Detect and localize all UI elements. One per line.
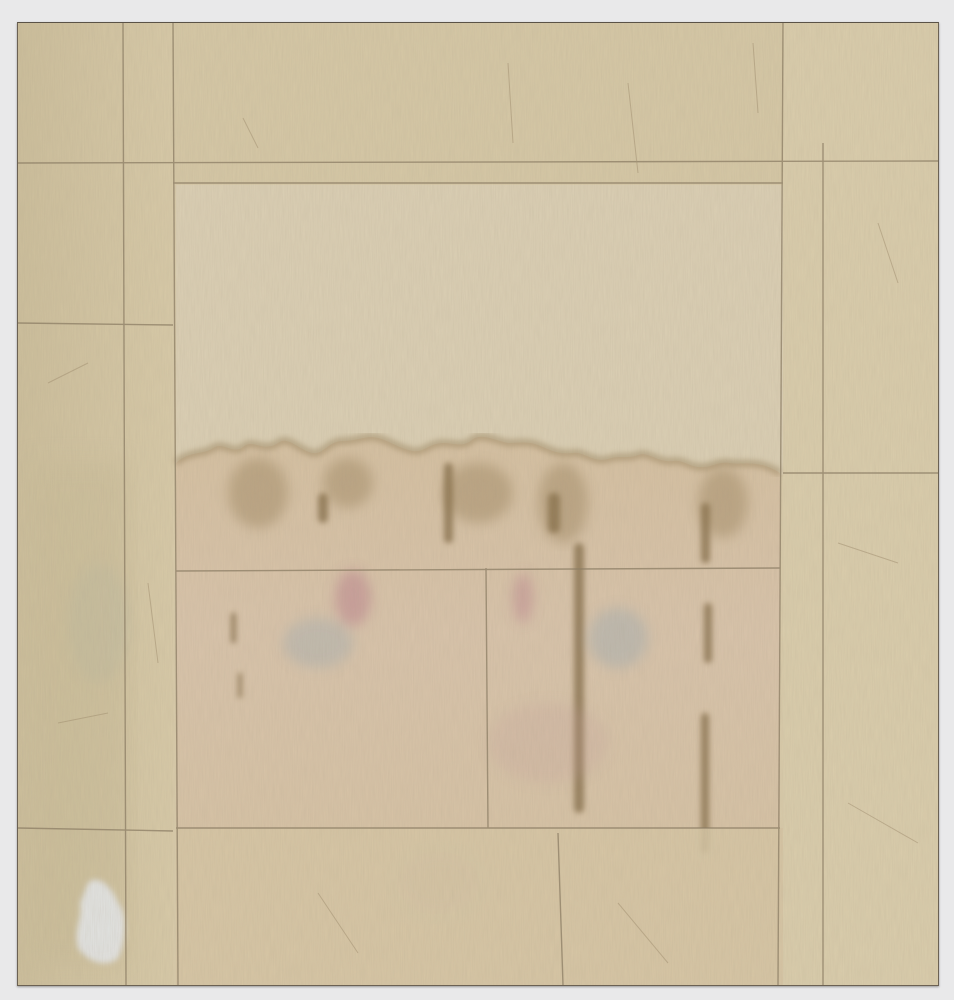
photo-scene bbox=[0, 0, 954, 1000]
quilt-textile bbox=[17, 22, 939, 986]
quilt-artwork bbox=[18, 23, 938, 985]
